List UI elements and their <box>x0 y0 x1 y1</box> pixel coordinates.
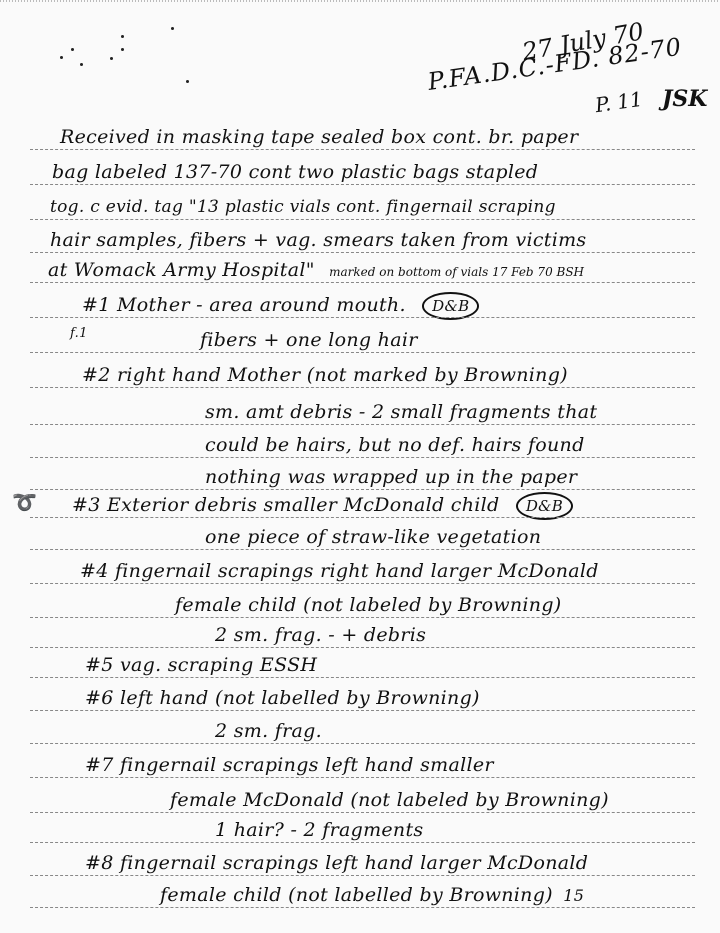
item-result: 2 sm. frag. <box>215 716 322 746</box>
header-initials: JSK <box>662 86 707 112</box>
scan-speck <box>171 27 174 30</box>
scan-edge <box>0 0 720 2</box>
header-page-number: P. 11 <box>594 87 644 117</box>
item-label: #1 <box>82 294 111 316</box>
item-result: 2 sm. frag. - + debris <box>215 620 426 650</box>
evidence-item-4-cont: female child (not labeled by Browning) <box>0 590 720 620</box>
evidence-item-6: #6 left hand (not labelled by Browning) <box>0 683 720 713</box>
evidence-item-1-result: f.1 fibers + one long hair <box>0 325 720 355</box>
intro-line: hair samples, fibers + vag. smears taken… <box>0 225 720 255</box>
item-result: one piece of straw-like vegetation <box>205 522 541 552</box>
scan-speck <box>186 80 189 83</box>
evidence-item-8: #8 fingernail scrapings left hand larger… <box>0 848 720 878</box>
item-description: Mother - area around mouth. <box>117 294 406 316</box>
item-label: #8 <box>85 852 114 874</box>
item-label: #7 <box>85 754 114 776</box>
end-mark: 15 <box>563 886 584 905</box>
intro-line: at Womack Army Hospital" marked on botto… <box>0 255 720 285</box>
evidence-item-4-result: 2 sm. frag. - + debris <box>0 620 720 650</box>
item-label: #4 <box>80 560 109 582</box>
evidence-item-1: #1 Mother - area around mouth. D&B <box>0 290 720 320</box>
evidence-item-5: #5 vag. scraping ESSH <box>0 650 720 680</box>
vial-marking-note: marked on bottom of vials 17 Feb 70 BSH <box>329 265 584 279</box>
evidence-item-8-cont: female child (not labelled by Browning) … <box>0 880 720 910</box>
item-description: Exterior debris smaller McDonald child <box>107 494 500 516</box>
circled-initials: D&B <box>422 292 479 320</box>
evidence-item-2-result: sm. amt debris - 2 small fragments that <box>0 397 720 427</box>
item-label: #6 <box>85 687 114 709</box>
document-header: 27 July 70 P.FA.D.C.-FD. 82-70 P. 11 JSK <box>400 38 700 118</box>
item-label: #3 <box>72 494 101 516</box>
evidence-item-2-result: nothing was wrapped up in the paper <box>0 462 720 492</box>
item-description: fingernail scrapings right hand larger M… <box>115 560 599 582</box>
evidence-item-7: #7 fingernail scrapings left hand smalle… <box>0 750 720 780</box>
intro-line: bag labeled 137-70 cont two plastic bags… <box>0 157 720 187</box>
scan-speck <box>80 63 83 66</box>
item-description: left hand (not labelled by Browning) <box>120 687 480 709</box>
scan-speck <box>110 57 113 60</box>
scan-speck <box>121 48 124 51</box>
item-label: #2 <box>82 364 111 386</box>
item-label: #5 <box>85 654 114 676</box>
evidence-item-2: #2 right hand Mother (not marked by Brow… <box>0 360 720 390</box>
item-description: vag. scraping ESSH <box>120 654 317 676</box>
margin-note: f.1 <box>70 319 88 349</box>
item-description: right hand Mother (not marked by Brownin… <box>117 364 568 386</box>
scan-speck <box>121 35 124 38</box>
scan-speck <box>60 56 63 59</box>
evidence-item-6-result: 2 sm. frag. <box>0 716 720 746</box>
intro-line: tog. c evid. tag "13 plastic vials cont.… <box>0 192 720 222</box>
evidence-item-4: #4 fingernail scrapings right hand large… <box>0 556 720 586</box>
item-description: fingernail scrapings left hand larger Mc… <box>120 852 588 874</box>
evidence-item-3: #3 Exterior debris smaller McDonald chil… <box>0 490 720 520</box>
evidence-item-7-cont: female McDonald (not labeled by Browning… <box>0 785 720 815</box>
circled-initials: D&B <box>516 492 573 520</box>
item-result: 1 hair? - 2 fragments <box>215 815 423 845</box>
item-description: fingernail scrapings left hand smaller <box>120 754 494 776</box>
item-result: fibers + one long hair <box>200 325 418 355</box>
evidence-item-7-result: 1 hair? - 2 fragments <box>0 815 720 845</box>
evidence-item-3-result: one piece of straw-like vegetation <box>0 522 720 552</box>
scan-speck <box>71 48 74 51</box>
intro-line: Received in masking tape sealed box cont… <box>0 122 720 152</box>
evidence-item-2-result: could be hairs, but no def. hairs found <box>0 430 720 460</box>
scanned-document-page: 27 July 70 P.FA.D.C.-FD. 82-70 P. 11 JSK… <box>0 0 720 933</box>
